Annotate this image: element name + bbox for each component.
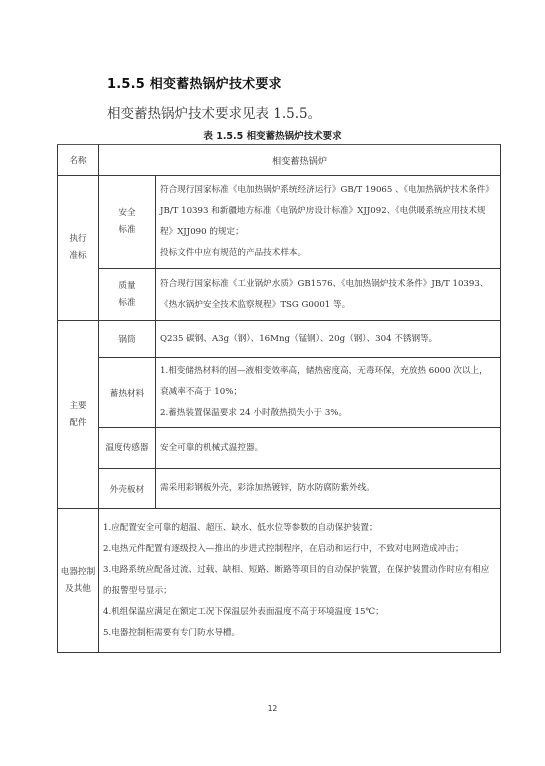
content-safety: 符合现行国家标准《电加热锅炉系统经济运行》GB/T 19065 、《电加热锅炉技… — [156, 176, 501, 269]
sub-label-text: 安全标准 — [116, 205, 138, 239]
group-label-standards: 执行准标 — [58, 176, 99, 321]
header-name-label: 名称 — [58, 145, 99, 176]
header-name-label-text: 名称 — [69, 156, 86, 166]
header-name-value-text: 相变蓄热锅炉 — [272, 156, 327, 167]
content-line: 2.电热元件配置有逐级投入—推出的步进式控制程序，在启动和运行中，不致对电网造成… — [103, 539, 496, 560]
sub-label-text: 温度传感器 — [104, 440, 150, 457]
content-line: 4.机组保温应满足在额定工况下保温层外表面温度不高于环境温度 15℃； — [103, 602, 496, 623]
group-label-components: 主要配件 — [58, 321, 99, 509]
sub-label-shell: 外壳板材 — [99, 469, 156, 509]
table-row: 质量标准 符合现行国家标准《工业锅炉水质》GB1576、《电加热锅炉技术条件》J… — [58, 269, 501, 321]
section-heading: 1.5.5 相变蓄热锅炉技术要求 — [107, 73, 282, 92]
sub-label-temp-sensor: 温度传感器 — [99, 428, 156, 469]
table-caption: 表 1.5.5 相变蓄热锅炉技术要求 — [0, 128, 545, 142]
content-quality: 符合现行国家标准《工业锅炉水质》GB1576、《电加热锅炉技术条件》JB/T 1… — [156, 269, 501, 321]
table-row: 电器控制及其他 1.应配置安全可靠的超温、超压、缺水、低水位等参数的自动保护装置… — [58, 509, 501, 653]
page-number: 12 — [0, 704, 545, 713]
content-line: 符合现行国家标准《电加热锅炉系统经济运行》GB/T 19065 、《电加热锅炉技… — [160, 180, 496, 243]
content-line: 投标文件中应有规范的产品技术样本。 — [160, 243, 496, 264]
content-drum: Q235 碳钢、A3g（钢）、16Mng（锰钢）、20g（钢）、304 不锈钢等… — [156, 321, 501, 358]
content-temp-sensor: 安全可靠的机械式温控器。 — [156, 428, 501, 469]
content-shell: 需采用彩钢板外壳，彩涂加热镀锌，防水防腐防紫外线。 — [156, 469, 501, 509]
table-row: 主要配件 锅筒 Q235 碳钢、A3g（钢）、16Mng（锰钢）、20g（钢）、… — [58, 321, 501, 358]
section-intro: 相变蓄热锅炉技术要求见表 1.5.5。 — [107, 102, 321, 122]
group-label-text: 执行准标 — [67, 231, 89, 265]
table-header-row: 名称 相变蓄热锅炉 — [58, 145, 501, 176]
content-line: 5.电器控制柜需要有专门防水导槽。 — [103, 623, 496, 644]
sub-label-text: 外壳板材 — [110, 485, 144, 495]
group-label-text: 主要配件 — [67, 398, 89, 432]
sub-label-drum: 锅筒 — [99, 321, 156, 358]
sub-label-text: 质量标准 — [116, 278, 138, 312]
content-line: 1.应配置安全可靠的超温、超压、缺水、低水位等参数的自动保护装置； — [103, 518, 496, 539]
content-line: 1.相变储热材料的固—液相变效率高，储热密度高，无毒环保，充放热 6000 次以… — [160, 361, 496, 403]
content-storage-material: 1.相变储热材料的固—液相变效率高，储热密度高，无毒环保，充放热 6000 次以… — [156, 358, 501, 428]
content-line: 需采用彩钢板外壳，彩涂加热镀锌，防水防腐防紫外线。 — [160, 478, 496, 499]
content-line: 3.电路系统应配备过流、过载、缺相、短路、断路等项目的自动保护装置，在保护装置动… — [103, 560, 496, 602]
content-line: 安全可靠的机械式温控器。 — [160, 438, 496, 459]
sub-label-safety: 安全标准 — [99, 176, 156, 269]
sub-label-storage-material: 蓄热材料 — [99, 358, 156, 428]
content-line: Q235 碳钢、A3g（钢）、16Mng（锰钢）、20g（钢）、304 不锈钢等… — [160, 329, 496, 350]
content-line: 2.蓄热装置保温要求 24 小时散热损失小于 3%。 — [160, 403, 496, 424]
sub-label-quality: 质量标准 — [99, 269, 156, 321]
group-label-text: 电器控制及其他 — [60, 564, 96, 598]
spec-table: 名称 相变蓄热锅炉 执行准标 安全标准 符合现行国家标准《电加热锅炉系统经济运行… — [57, 144, 501, 653]
sub-label-text: 锅筒 — [118, 335, 135, 345]
table-row: 外壳板材 需采用彩钢板外壳，彩涂加热镀锌，防水防腐防紫外线。 — [58, 469, 501, 509]
table-row: 执行准标 安全标准 符合现行国家标准《电加热锅炉系统经济运行》GB/T 1906… — [58, 176, 501, 269]
table-row: 温度传感器 安全可靠的机械式温控器。 — [58, 428, 501, 469]
group-label-electrical: 电器控制及其他 — [58, 509, 99, 653]
table-row: 蓄热材料 1.相变储热材料的固—液相变效率高，储热密度高，无毒环保，充放热 60… — [58, 358, 501, 428]
content-line: 符合现行国家标准《工业锅炉水质》GB1576、《电加热锅炉技术条件》JB/T 1… — [160, 274, 496, 316]
content-electrical: 1.应配置安全可靠的超温、超压、缺水、低水位等参数的自动保护装置； 2.电热元件… — [99, 509, 501, 653]
header-name-value: 相变蓄热锅炉 — [99, 145, 501, 176]
sub-label-text: 蓄热材料 — [110, 389, 144, 399]
